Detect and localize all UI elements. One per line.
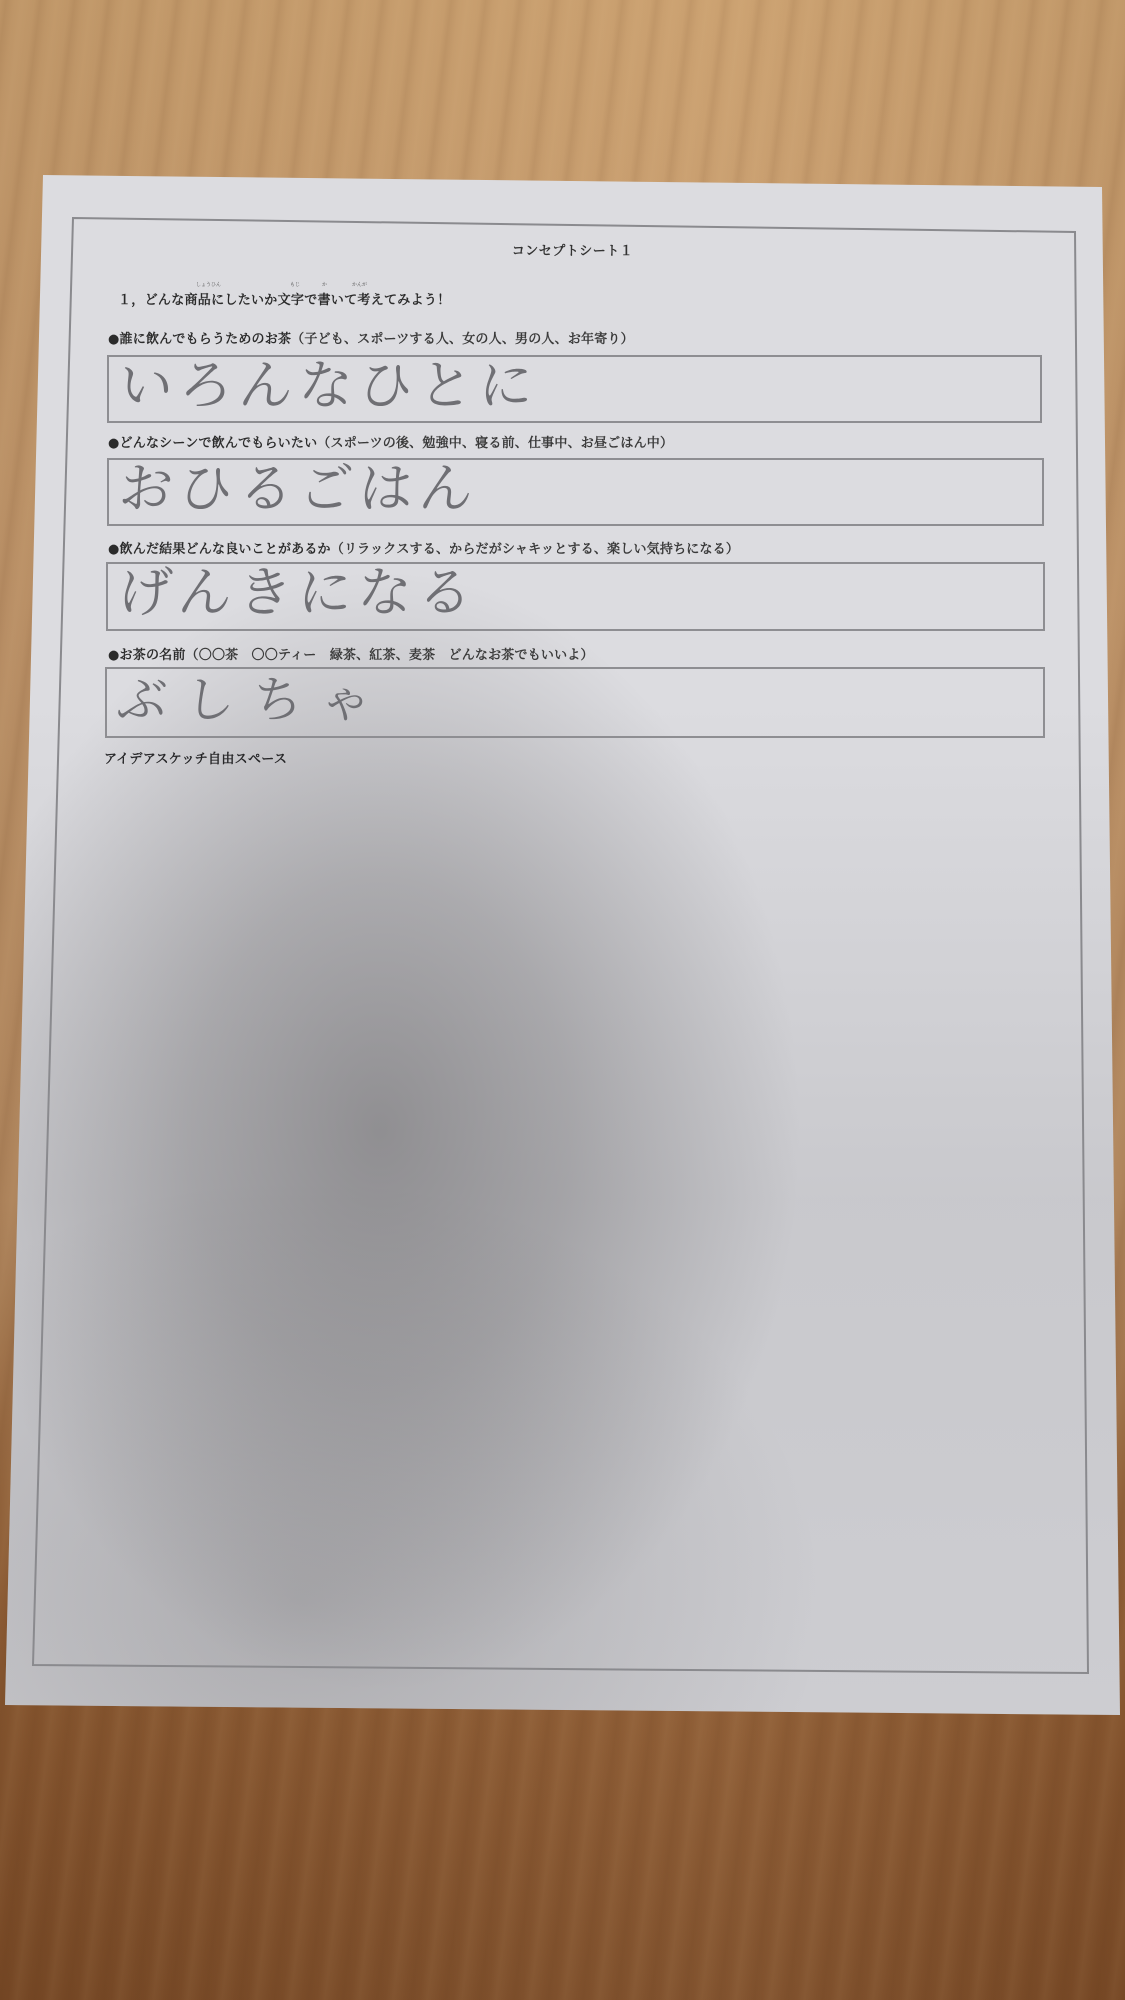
furigana: もじ [290, 281, 300, 288]
furigana: しょうひん [196, 281, 221, 288]
handwritten-answer-tea-name: ぶしちゃ [115, 675, 390, 725]
sketch-space-label: アイデアスケッチ自由スペース [104, 748, 287, 767]
section-benefit-hint: （リラックスする、からだがシャキッとする、楽しい気持ちになる） [331, 542, 739, 557]
section-who-label: ●誰に飲んでもらうためのお茶（子ども、スポーツする人、女の人、男の人、お年寄り） [108, 328, 634, 347]
answer-box-scene[interactable]: おひるごはん [107, 458, 1044, 526]
answer-box-benefit[interactable]: げんきになる [106, 562, 1045, 631]
section-scene-title: ●どんなシーンで飲んでもらいたい [108, 436, 317, 451]
section-who-hint: （子ども、スポーツする人、女の人、男の人、お年寄り） [291, 332, 634, 347]
sheet-title: コンセプトシート１ [0, 240, 1125, 259]
furigana: か [322, 281, 327, 288]
section-name-title: ●お茶の名前 [108, 648, 186, 663]
section-who-title: ●誰に飲んでもらうためのお茶 [108, 332, 291, 347]
handwritten-answer-who: いろんなひとに [117, 359, 541, 413]
section-scene-hint: （スポーツの後、勉強中、寝る前、仕事中、お昼ごはん中） [317, 436, 673, 451]
idea-sketch-free-space[interactable] [60, 780, 1060, 1640]
instruction-text: １，どんな商品にしたいか文字で書いて考えてみよう！ [118, 289, 451, 308]
furigana: かんが [352, 281, 367, 288]
section-benefit-label: ●飲んだ結果どんな良いことがあるか（リラックスする、からだがシャキッとする、楽し… [108, 538, 739, 557]
answer-box-tea-name[interactable]: ぶしちゃ [105, 667, 1045, 738]
section-name-hint: （〇〇茶 〇〇ティー 緑茶、紅茶、麦茶 どんなお茶でもいいよ） [186, 648, 594, 663]
section-benefit-title: ●飲んだ結果どんな良いことがあるか [108, 542, 331, 557]
answer-box-who[interactable]: いろんなひとに [107, 355, 1042, 423]
section-scene-label: ●どんなシーンで飲んでもらいたい（スポーツの後、勉強中、寝る前、仕事中、お昼ごは… [108, 432, 673, 451]
handwritten-answer-scene: おひるごはん [117, 462, 481, 516]
worksheet-content: コンセプトシート１ １，どんな商品にしたいか文字で書いて考えてみよう！ しょうひ… [0, 0, 1125, 2000]
section-name-label: ●お茶の名前（〇〇茶 〇〇ティー 緑茶、紅茶、麦茶 どんなお茶でもいいよ） [108, 644, 594, 663]
handwritten-answer-benefit: げんきになる [116, 566, 480, 620]
